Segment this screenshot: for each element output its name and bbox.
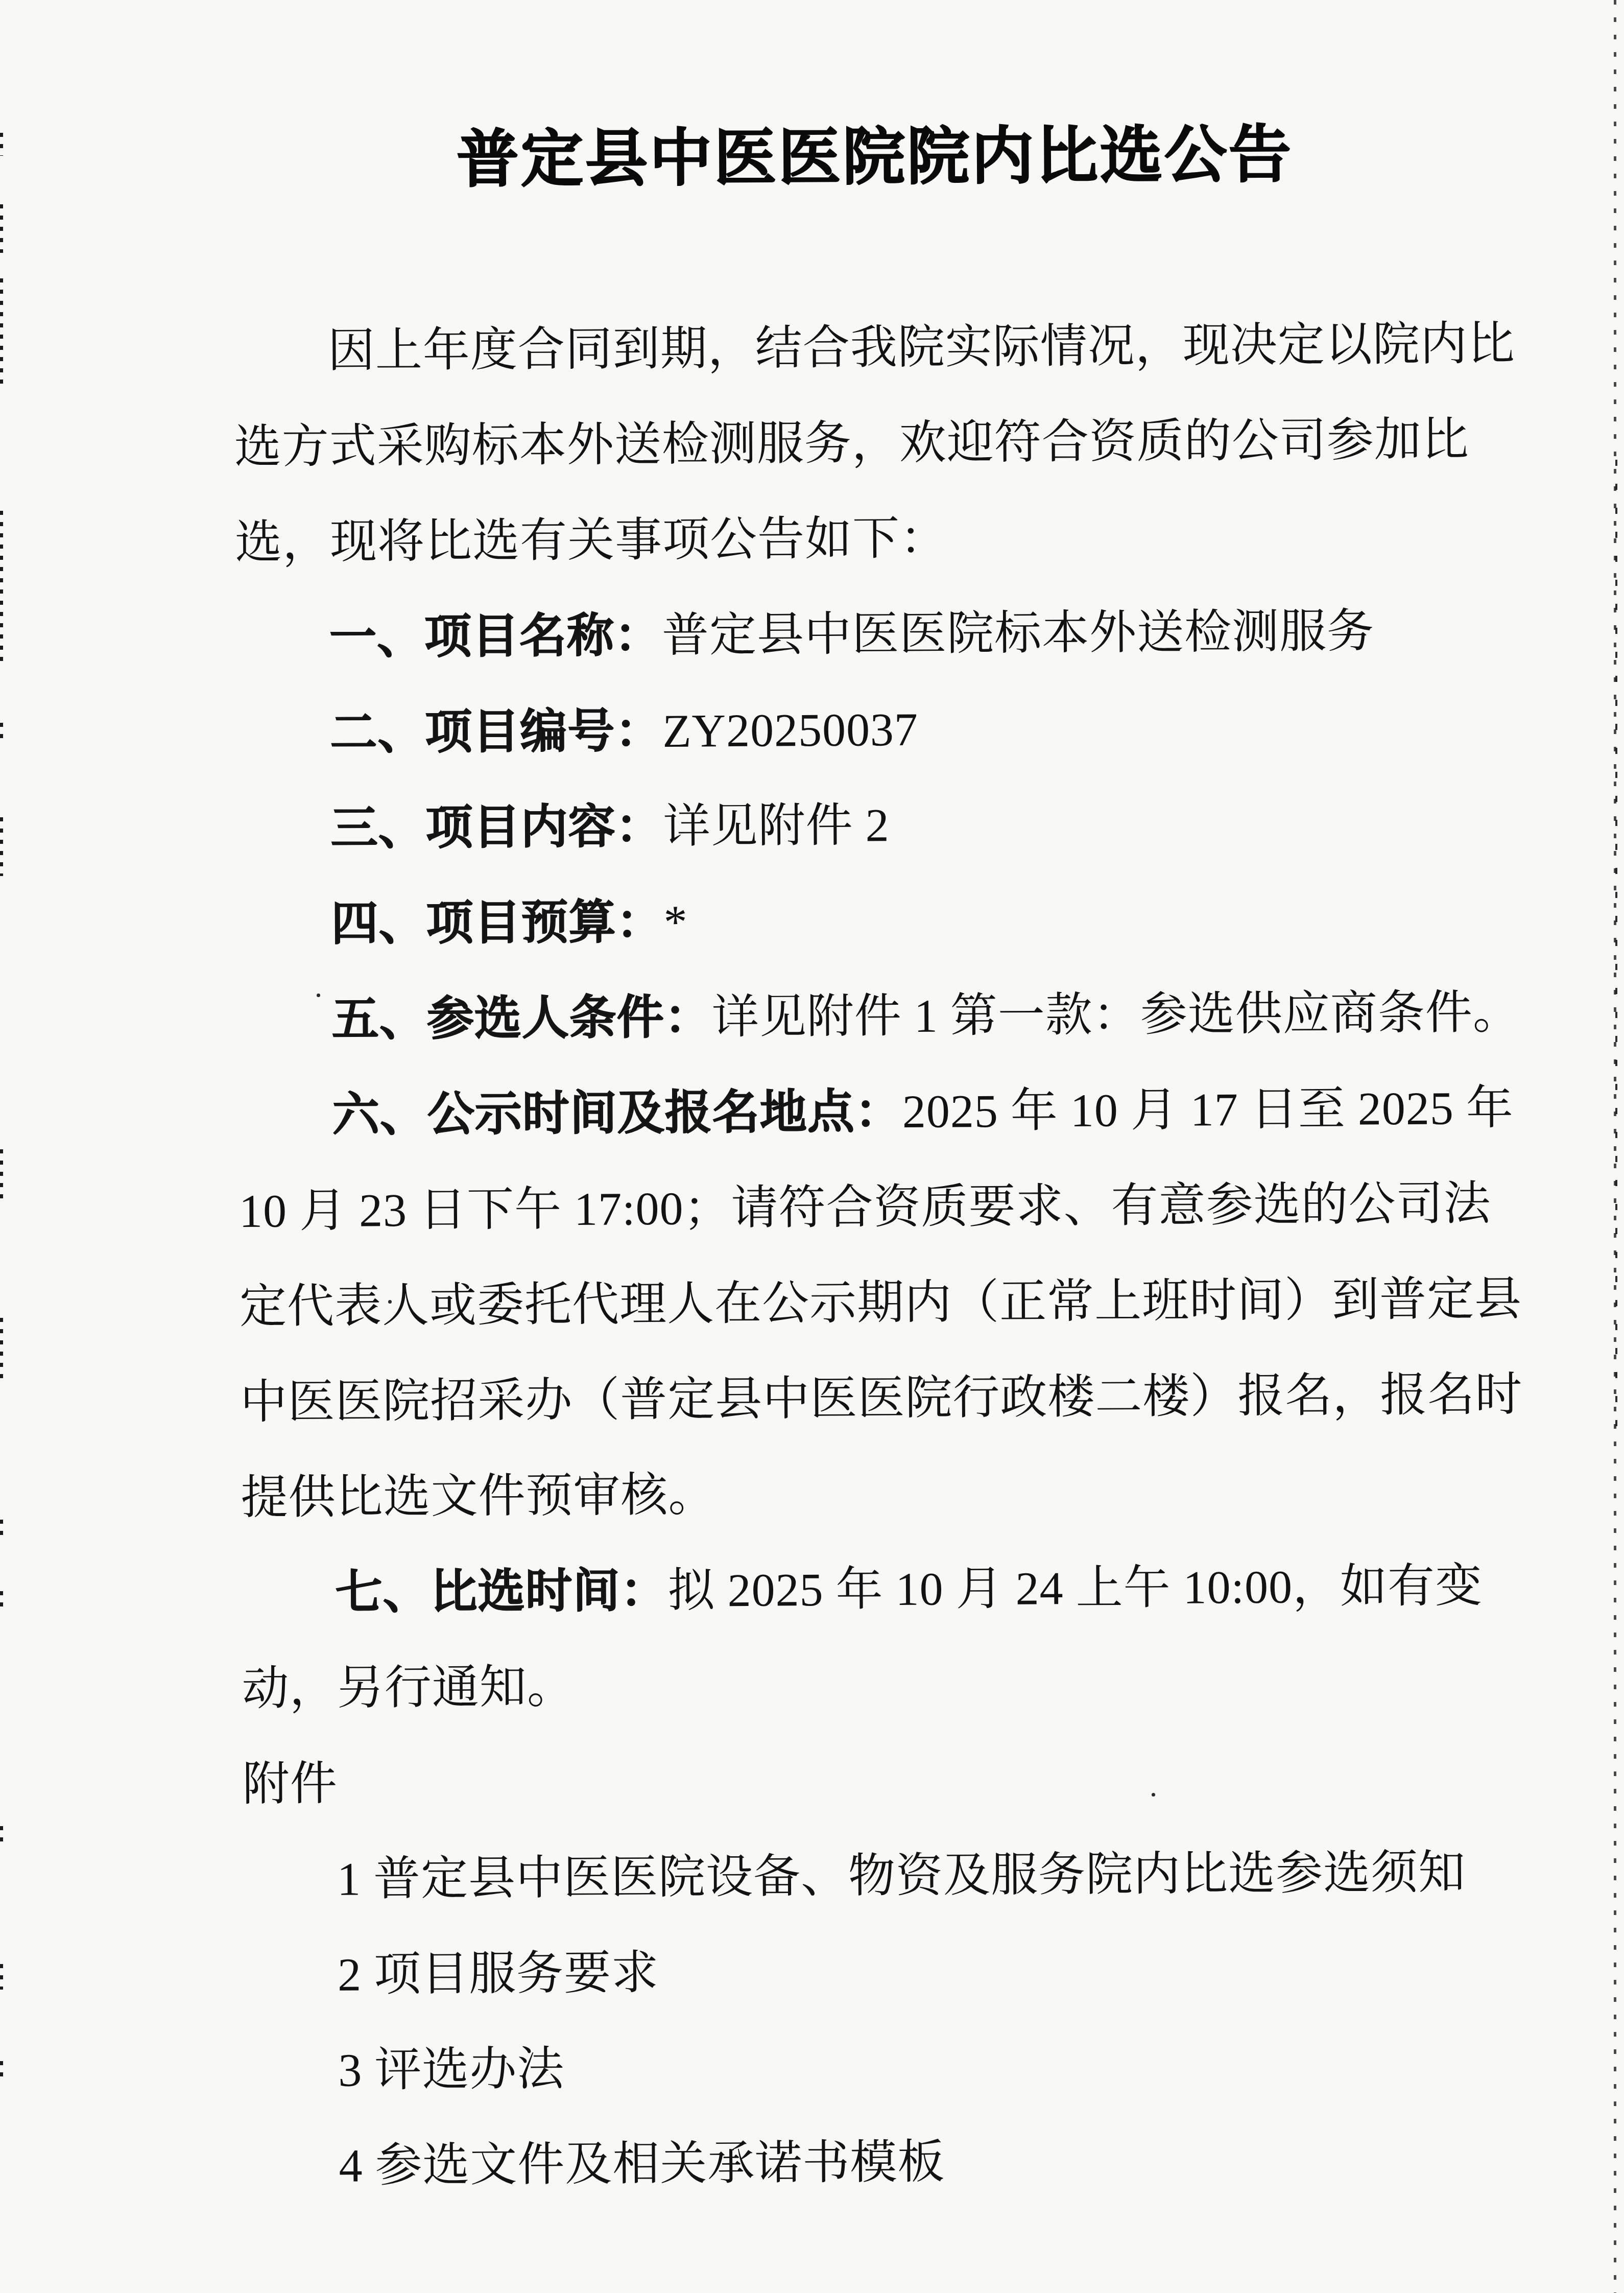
scan-artifact-left-marks-4 [0,511,3,664]
scan-artifact-left-marks-11 [0,1826,3,1841]
item-project-name: 一、项目名称：普定县中医医院标本外送检测服务 [235,583,1520,686]
scan-artifact-left-marks-3 [0,278,3,388]
attachment-item-1: 1 普定县中医医院设备、物资及服务院内比选参选须知 [243,1825,1527,1928]
scan-artifact-left-marks-8 [0,1318,3,1382]
scan-artifact-left-marks-5 [0,723,3,743]
page-title: 普定县中医医院院内比选公告 [232,115,1517,199]
attachment-item-3: 3 评选办法 [244,2016,1529,2119]
scan-artifact-left-marks-7 [0,1149,3,1203]
attachments-heading: 附件 [242,1729,1527,1832]
document-content: 普定县中医医院院内比选公告 因上年度合同到期，结合我院实际情况，现决定以院内比选… [232,115,1530,2214]
intro-paragraph: 因上年度合同到期，结合我院实际情况，现决定以院内比选方式采购标本外送检测服务，欢… [233,296,1519,590]
item-selection-time-label: 七、比选时间： [335,1565,668,1619]
scan-artifact-left-marks-9 [0,1520,3,1540]
item-project-content-value: 详见附件 2 [663,799,890,853]
item-project-budget-value: * [663,896,688,948]
item-selection-time: 七、比选时间：拟 2025 年 10 月 24 上午 10:00，如有变动，另行… [241,1538,1526,1737]
scan-artifact-speck-1 [388,1300,392,1304]
item-project-name-value: 普定县中医医院标本外送检测服务 [662,605,1375,661]
item-participant-conditions-value: 详见附件 1 第一款：参选供应商条件。 [711,986,1520,1044]
item-project-budget-label: 四、项目预算： [331,896,664,950]
item-project-content-label: 三、项目内容： [330,800,663,855]
scan-artifact-left-marks-10 [0,1591,3,1606]
scan-artifact-left-marks-6 [0,817,3,876]
attachment-item-2: 2 项目服务要求 [244,1920,1529,2023]
scan-artifact-left-marks-12 [0,1964,3,1990]
scan-artifact-left-marks-2 [0,204,3,253]
item-publicity-time-place: 六、公示时间及报名地点：2025 年 10 月 17 日至 2025 年 10 … [238,1060,1525,1546]
item-participant-conditions-label: 五、参选人条件： [331,991,712,1046]
scan-artifact-left-marks-13 [0,2061,3,2076]
item-project-number-value: ZY20250037 [662,703,918,757]
scan-artifact-left-marks-1 [0,133,3,156]
item-project-budget: 四、项目预算：* [237,869,1522,973]
scanned-document-page: 普定县中医医院院内比选公告 因上年度合同到期，结合我院实际情况，现决定以院内比选… [0,0,1624,2293]
scan-artifact-speck-3 [317,994,320,997]
scan-artifact-right-dotted-line-dense [1615,460,1617,1430]
item-project-number-label: 二、项目编号： [330,705,663,759]
item-project-content: 三、项目内容：详见附件 2 [236,774,1521,877]
scan-artifact-speck-2 [1152,1793,1155,1796]
item-project-name-label: 一、项目名称： [329,609,662,664]
attachment-item-4: 4 参选文件及相关承诺书模板 [245,2111,1530,2214]
item-publicity-time-place-value: 2025 年 10 月 17 日至 2025 年 10 月 23 日下午 17:… [239,1082,1523,1524]
item-participant-conditions: 五、参选人条件：详见附件 1 第一款：参选供应商条件。 [237,965,1522,1068]
item-publicity-time-place-label: 六、公示时间及报名地点： [332,1085,903,1141]
item-project-number: 二、项目编号：ZY20250037 [236,678,1521,782]
